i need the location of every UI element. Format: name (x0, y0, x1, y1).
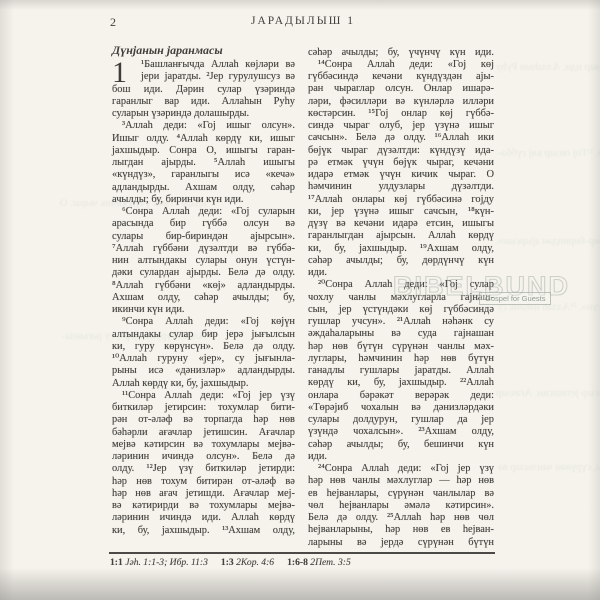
text-line: ¹БашланғычдаАллаһкөјләривә (112, 59, 295, 71)
text-column-right: сәһәрачылды;бу,үчүнчүкүниди.¹⁴СонраАллаһ… (308, 47, 494, 549)
text-line: рыныисә«дәнизләр»адландырды. (112, 365, 295, 377)
text-line: ⁷Аллаһгүббәнидүзәлтдивәгүббә- (112, 243, 295, 255)
text-line: үзүндәчохалсын».²³Ахшамолду, (308, 426, 494, 438)
text-line: «Төрәјибчохалынвәдәнизләрдәки (308, 402, 494, 414)
text-line: әждаһаларынывәсудагајнашан (308, 328, 494, 340)
text-line: ³Аллаһдеди:«Гојишыголсун». (112, 120, 295, 132)
text-line: Ахшамолду,сәһәрачылды;бу, (112, 292, 295, 304)
text-line: ⁸Аллаһгүббәни«көј»адландырды. (112, 280, 295, 292)
page-edge-shadow-top (0, 0, 600, 10)
text-line: ⁹СонраАллаһдеди:«Гојкөјүн (112, 316, 295, 328)
text-column-left: ¹БашланғычдаАллаһкөјләривәјеријаратды.²Ј… (112, 59, 295, 537)
text-line: ларынывәјердәсүрүнәнбүтүн (308, 537, 494, 549)
text-line: ки,гурукөрүнсүн».Беләдәолду. (112, 341, 295, 353)
text-line: ләрининичиндәиди.Аллаһкөрдү (112, 512, 295, 524)
bleed-through-text: бәһәрли ағачлар јетишсин. Ағачлар (496, 388, 600, 399)
text-line: рәнот-әләфвәторпагдаһәрнөв (112, 414, 295, 426)
footnotes: 1:1 Јәһ. 1:1-3; Ибр. 11:31:3 2Кор. 4:61:… (110, 557, 364, 568)
text-line: һәрнөвбүтүнсүрүнәнчанлымәх- (308, 341, 494, 353)
page-edge-shadow-bottom (0, 568, 600, 600)
text-line: синдәчыраголуб,јерүзүнәишыг (308, 120, 494, 132)
text-line: гаранлыгвариди.АллаһынРуһу (112, 96, 295, 108)
text-line: Ишыголду.⁴Аллаһкөрдүки,ишыг (112, 133, 295, 145)
text-line: сачсын».Беләдәолду.¹⁶Аллаһики (308, 132, 494, 144)
page-edge-shadow-right (588, 0, 600, 600)
text-line: вәкәтирирдивәтохумларымејвә- (112, 500, 295, 512)
text-line: бошиди.Дәринсуларүзәриндә (112, 84, 295, 96)
text-line: биткиләрјетирсин:тохумларбити- (112, 402, 295, 414)
text-line: чохлучанлымәхлугларлагајнаш- (308, 292, 494, 304)
text-line: ниналтындакысуларыонунүстүн- (112, 255, 295, 267)
text-line: һәрнөвчанлымәхлуглар—һәрнөв (308, 475, 494, 487)
text-line: рәетмәкүчүнбөјүкчыраг,кечәни (308, 157, 494, 169)
footnote-reference: 1:6-8 2Пет. 3:5 (287, 557, 351, 568)
text-line: ⁶СонраАллаһдеди:«Гојсуларын (112, 206, 295, 218)
scanned-page-photo: { "page": { "number": "2", "header_title… (0, 0, 600, 600)
text-line: суларын үзәриндә долашырды. (112, 108, 295, 120)
text-line: көрдүки,бу,јахшыдыр.²²Аллаһ (308, 377, 494, 389)
bleed-through-text: ев һејванлары, сүрүнән чанлылар вә (498, 462, 600, 473)
text-line: гүббәсиндәкечәникүндүздәнајы- (308, 71, 494, 83)
text-line: алтындакысуларбирјерәјығылсын (112, 329, 295, 341)
text-line: лыгданајырды.⁵Аллаһишыгы (112, 157, 295, 169)
footnote-divider-rule (109, 552, 495, 554)
text-line: онларабәрәкәтверәрәкдеди: (308, 390, 494, 402)
text-line: суларыдолдурун,гушлардајер (308, 414, 494, 426)
text-line: һејванларыны,һәрнөвевһејван- (308, 524, 494, 536)
footnote-reference: 1:3 2Кор. 4:6 (221, 557, 274, 568)
bleed-through-text: көстәрсин. ¹⁵Гој онлар көј гүббә- (498, 148, 600, 159)
text-line: һәрнөвтохумбитирәнот-әләфвә (112, 476, 295, 488)
text-line: ләри,фәсилләривәкүнләрләилләри (308, 96, 494, 108)
text-line: гаранлыгданајырсын.Аллаһкөрдү (308, 230, 494, 242)
text-line: ки,јерүзүнәишыгсачсын,¹⁸күн- (308, 206, 494, 218)
footnote-reference: 1:1 Јәһ. 1:1-3; Ибр. 11:3 (110, 557, 208, 568)
text-line: ранчырагларолсун.Онларишарә- (308, 83, 494, 95)
bleed-through-text: гаранлыг вар иди. Аллаһын Руһу (496, 62, 600, 73)
text-line: бөјүкчырагдүзәлтди:күндүзүида- (308, 145, 494, 157)
text-line: сәһәрачылды;бу,үчүнчүкүниди. (308, 47, 494, 59)
text-line: Беләдәолду.²⁵Аллаһһәрнөвчөл (308, 512, 494, 524)
text-line: јеријаратды.²Јергурулушсузвә (112, 71, 295, 83)
text-line: ²⁴СонраАллаһдеди:«Гојјерүзү (308, 463, 494, 475)
text-line: һәмчининулдузларыдүзәлтди. (308, 181, 494, 193)
text-line: ганадлыгушларыјаратды.Аллаһ (308, 365, 494, 377)
section-heading: Дүнјанын јаранмасы (112, 43, 223, 58)
text-line: гушларучсун».²¹Аллаһнәһәнксу (308, 316, 494, 328)
text-line: һәрнөвағачјетишди.Ағачлармеј- (112, 488, 295, 500)
text-line: көстәрсин.¹⁵Гојонларкөјгүббә- (308, 108, 494, 120)
text-line: евһејванлары,сүрүнәнчанлыларвә (308, 488, 494, 500)
text-line: луглары,һәмчининһәрнөвбүтүн (308, 353, 494, 365)
text-line: сәһәрачылды;бу,бешинчикүн (308, 439, 494, 451)
text-line: иди. (308, 267, 494, 279)
text-line: ләрининичиндәолсун».Беләдә (112, 451, 295, 463)
text-line: чөлһејванларыәмәләкәтирсин». (308, 500, 494, 512)
text-line: икинчи күн иди. (112, 304, 295, 316)
text-line: сәһәрачылды;бу,дөрдүнчүкүн (308, 255, 494, 267)
text-line: ки,бу,јахшыдыр.¹³Ахшамолду, (112, 525, 295, 537)
text-line: сын,јерүстүндәкикөјгүббәсиндә (308, 304, 494, 316)
text-line: ¹⁷Аллаһонларыкөјгүббәсинәгојду (308, 194, 494, 206)
page-edge-shadow-left (0, 0, 14, 600)
text-line: јахшыдыр.СонраО,ишыгыгаран- (112, 145, 295, 157)
text-line: ¹⁰Аллаһгуруну«јер»,сујығынла- (112, 353, 295, 365)
text-line: дәкисуларданајырды.Беләдәолду. (112, 267, 295, 279)
text-line: дүзүвәкечәниидарәетсин,ишыгы (308, 218, 494, 230)
text-line: ачылды; бу, биринчи күн иди. (112, 194, 295, 206)
text-line: ¹¹СонраАллаһдеди:«Гојјерүзү (112, 390, 295, 402)
text-line: иди. (308, 451, 494, 463)
bleed-through-text: гушлар учсун». ²¹Аллаһ нәһәнк су (497, 302, 600, 313)
text-line: ки,бу,јахшыдыр.¹⁹Ахшамолду, (308, 243, 494, 255)
text-line: идарәетмәкүчүнкичикчыраг.О (308, 169, 494, 181)
text-line: адландырды.Ахшамолду,сәһәр (112, 182, 295, 194)
text-line: Аллаһ көрдү ки, бу, јахшыдыр. (112, 378, 295, 390)
book-page: гаранлыг вар иди. Аллаһын Руһукөстәрсин.… (0, 0, 600, 600)
text-line: бәһәрлиағачларјетишсин.Ағачлар (112, 427, 295, 439)
text-line: суларыбир-бириндәнајырсын». (112, 231, 295, 243)
running-header-title: ЈАРАДЫЛЫШ 1 (112, 15, 494, 27)
bleed-through-text: сулары бир-бириндән ајырсын». (495, 236, 600, 247)
text-line: арасындабиргүббәолсунвә (112, 218, 295, 230)
text-line: ²⁰СонраАллаһдеди:«Гојсулар (308, 279, 494, 291)
text-line: «күндүз»,гаранлыгыисә«кечә» (112, 169, 295, 181)
text-line: олду.¹²Јерүзүбиткиләрјетирди: (112, 463, 295, 475)
text-line: ¹⁴СонраАллаһдеди:«Гојкөј (308, 59, 494, 71)
text-line: мејвәкәтирсинвәтохумларымејвә- (112, 439, 295, 451)
